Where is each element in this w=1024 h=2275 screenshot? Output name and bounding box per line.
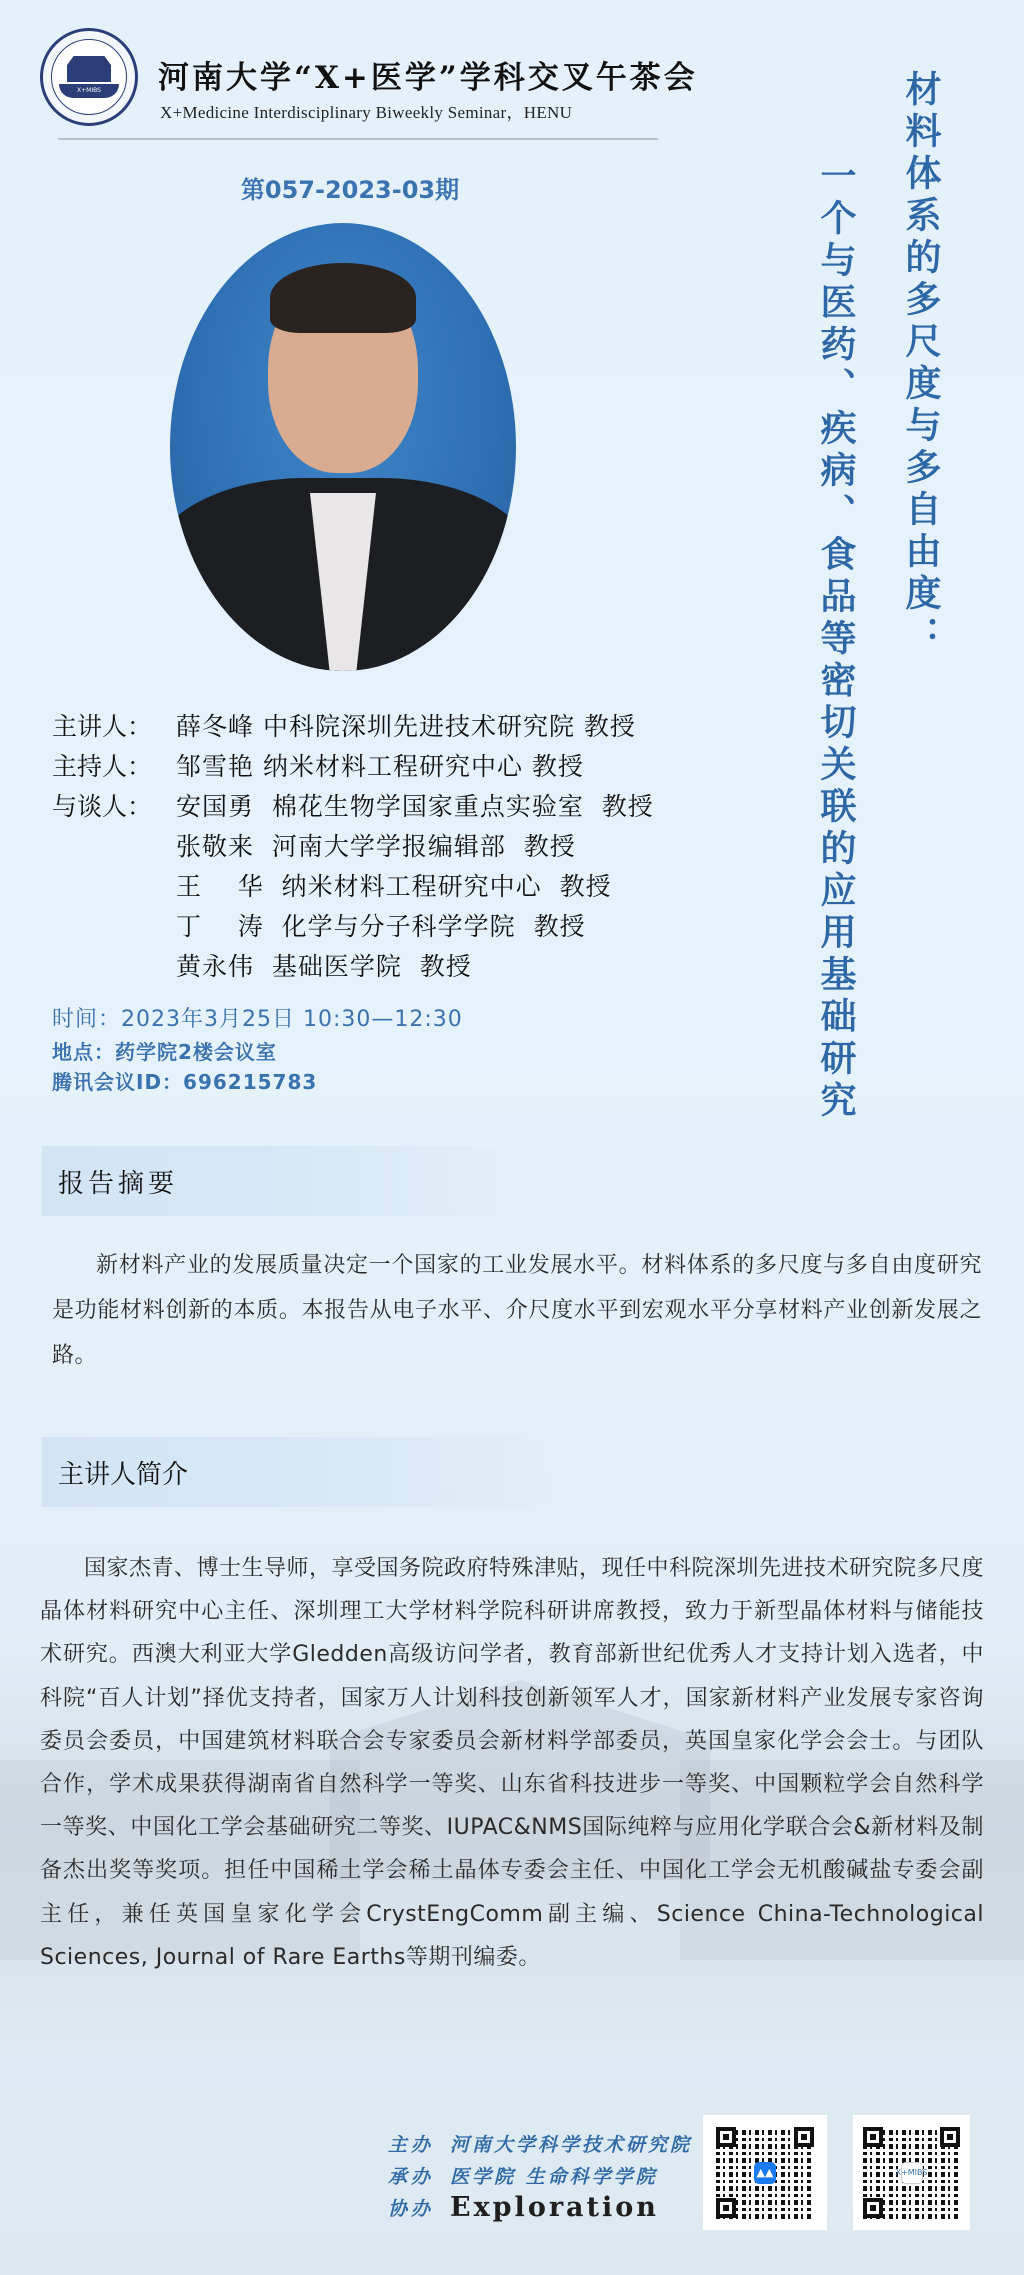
panelist: 黄永伟 基础医学院 教授 bbox=[176, 947, 472, 983]
bio-heading: 主讲人简介 bbox=[42, 1437, 582, 1507]
qr-finder-icon bbox=[940, 2127, 960, 2147]
organizers: 主办 河南大学科学技术研究院 承办 医学院 生命科学学院 协办 Explorat… bbox=[388, 2127, 692, 2223]
seminar-logo: X+MIBS bbox=[40, 28, 138, 126]
seminar-logo-icon: X+MIBS bbox=[901, 2162, 923, 2184]
organizer-value: 河南大学科学技术研究院 bbox=[450, 2130, 692, 2157]
organizer-key: 协办 bbox=[388, 2194, 450, 2221]
seminar-title-cn: 河南大学“X+医学”学科交叉午茶会 bbox=[158, 52, 698, 97]
abstract-heading: 报告摘要 bbox=[42, 1146, 562, 1216]
qr-finder-icon bbox=[863, 2198, 883, 2218]
panelist-row: 黄永伟 基础医学院 教授 bbox=[52, 945, 654, 985]
event-location: 地点：药学院2楼会议室 bbox=[52, 1037, 463, 1067]
panelist-row: 王 华 纳米材料工程研究中心 教授 bbox=[52, 865, 654, 905]
seminar-title-en: X+Medicine Interdisciplinary Biweekly Se… bbox=[160, 98, 572, 123]
organizer-row: 协办 Exploration bbox=[388, 2191, 692, 2223]
qr-finder-icon bbox=[863, 2127, 883, 2147]
logo-text: X+MIBS bbox=[59, 84, 119, 98]
speaker-portrait bbox=[170, 223, 516, 671]
organizer-key: 主办 bbox=[388, 2130, 450, 2157]
panelist: 张敬来 河南大学学报编辑部 教授 bbox=[176, 827, 576, 863]
speaker-value: 薛冬峰 中科院深圳先进技术研究院 教授 bbox=[176, 707, 636, 743]
host-label: 主持人： bbox=[52, 747, 176, 783]
event-meta: 时间：2023年3月25日 10:30—12:30 地点：药学院2楼会议室 腾讯… bbox=[52, 1003, 463, 1097]
panelist: 丁 涛 化学与分子科学学院 教授 bbox=[176, 907, 586, 943]
header-divider bbox=[58, 138, 658, 140]
qr-finder-icon bbox=[716, 2198, 736, 2218]
host-value: 邹雪艳 纳米材料工程研究中心 教授 bbox=[176, 747, 584, 783]
people-list: 主讲人： 薛冬峰 中科院深圳先进技术研究院 教授 主持人： 邹雪艳 纳米材料工程… bbox=[52, 705, 654, 985]
bio-text: 国家杰青、博士生导师，享受国务院政府特殊津贴，现任中科院深圳先进技术研究院多尺度… bbox=[40, 1547, 984, 1979]
talk-title-line2: 一个与医药、疾病、食品等密切关联的应用基础研究 bbox=[818, 157, 854, 1123]
panelist-row: 丁 涛 化学与分子科学学院 教授 bbox=[52, 905, 654, 945]
issue-number: 第057-2023-03期 bbox=[0, 170, 700, 205]
abstract-text: 新材料产业的发展质量决定一个国家的工业发展水平。材料体系的多尺度与多自由度研究是… bbox=[52, 1243, 982, 1378]
host-row: 主持人： 邹雪艳 纳米材料工程研究中心 教授 bbox=[52, 745, 654, 785]
panel-label: 与谈人： bbox=[52, 787, 176, 823]
panelist-row: 张敬来 河南大学学报编辑部 教授 bbox=[52, 825, 654, 865]
gate-icon bbox=[67, 56, 111, 82]
meeting-id: 腾讯会议ID：696215783 bbox=[52, 1067, 463, 1097]
seminar-wechat-qr[interactable]: X+MIBS bbox=[853, 2115, 970, 2230]
exploration-logo: Exploration bbox=[450, 2192, 659, 2223]
tencent-meeting-qr[interactable]: ▲▲ bbox=[703, 2115, 827, 2230]
tencent-meeting-icon: ▲▲ bbox=[754, 2162, 776, 2184]
organizer-row: 主办 河南大学科学技术研究院 bbox=[388, 2127, 692, 2159]
speaker-row: 主讲人： 薛冬峰 中科院深圳先进技术研究院 教授 bbox=[52, 705, 654, 745]
panelist: 安国勇 棉花生物学国家重点实验室 教授 bbox=[176, 787, 654, 823]
organizer-key: 承办 bbox=[388, 2162, 450, 2189]
qr-finder-icon bbox=[716, 2127, 736, 2147]
organizer-row: 承办 医学院 生命科学学院 bbox=[388, 2159, 692, 2191]
speaker-label: 主讲人： bbox=[52, 707, 176, 743]
organizer-value: 医学院 生命科学学院 bbox=[450, 2162, 658, 2189]
talk-title-line1: 材料体系的多尺度与多自由度： bbox=[903, 70, 939, 658]
panelist: 王 华 纳米材料工程研究中心 教授 bbox=[176, 867, 612, 903]
panelist-row: 与谈人： 安国勇 棉花生物学国家重点实验室 教授 bbox=[52, 785, 654, 825]
qr-finder-icon bbox=[794, 2127, 814, 2147]
event-time: 时间：2023年3月25日 10:30—12:30 bbox=[52, 1003, 463, 1037]
